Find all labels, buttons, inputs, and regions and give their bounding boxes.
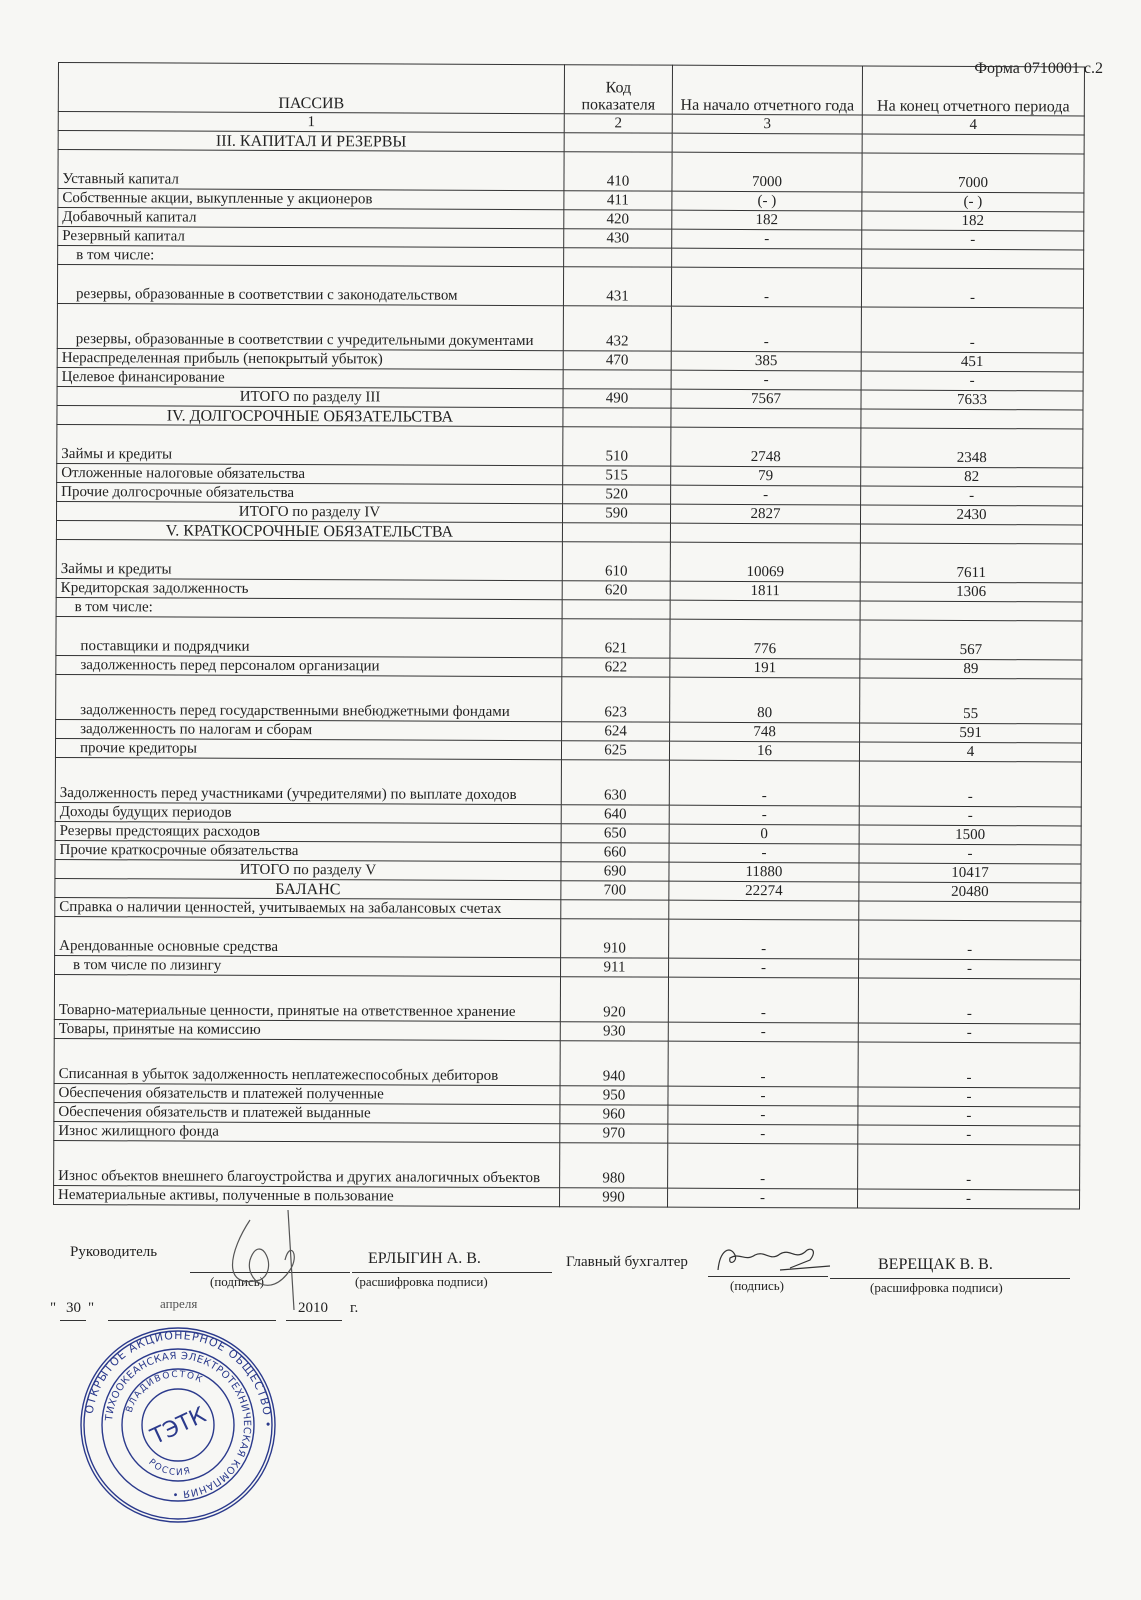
value-start-of-year: - <box>668 1143 858 1189</box>
column-number: 2 <box>564 114 672 133</box>
row-code: 920 <box>560 977 668 1022</box>
value-start-of-year: - <box>668 1086 858 1106</box>
row-label: Обеспечения обязательств и платежей выда… <box>54 1102 560 1123</box>
value-start-of-year <box>672 248 862 268</box>
row-label: в том числе по лизингу <box>55 955 561 976</box>
value-start-of-year: - <box>668 1188 858 1208</box>
row-label: Резервный капитал <box>58 227 564 248</box>
head-signature <box>190 1210 330 1310</box>
company-stamp: ОТКРЫТОЕ АКЦИОНЕРНОЕ ОБЩЕСТВО • ТИХООКЕА… <box>78 1325 278 1525</box>
header-liabilities: ПАССИВ <box>58 63 564 114</box>
row-label: Собственные акции, выкупленные у акционе… <box>58 189 564 210</box>
row-code: 420 <box>564 210 672 229</box>
row-label: Кредиторская задолженность <box>56 578 562 599</box>
row-code: 621 <box>562 619 670 658</box>
section-title: V. КРАТКОСРОЧНЫЕ ОБЯЗАТЕЛЬСТВА <box>56 520 562 541</box>
row-code: 430 <box>564 229 672 248</box>
row-label: Прочие краткосрочные обязательства <box>55 840 561 861</box>
date-quote-close: " <box>88 1300 94 1317</box>
signatures-block: Руководитель (подпись) ЕРЛЫГИН А. В. (ра… <box>70 1240 1070 1300</box>
row-label: Обеспечения обязательств и платежей полу… <box>54 1083 560 1104</box>
row-label: Отложенные налоговые обязательства <box>57 463 563 484</box>
row-label: Уставный капитал <box>58 150 564 191</box>
value-end-of-period: - <box>861 371 1083 391</box>
value-end-of-period: - <box>859 806 1081 826</box>
row-label: Списанная в убыток задолженность неплате… <box>54 1038 560 1085</box>
value-start-of-year: - <box>669 958 859 978</box>
value-start-of-year: 22274 <box>669 881 859 901</box>
accountant-decode-caption: (расшифровка подписи) <box>870 1280 1003 1296</box>
value-start-of-year: 80 <box>670 677 860 723</box>
row-label: резервы, образованные в соответствии с у… <box>57 303 563 350</box>
table-row: Займы и кредиты610100697611 <box>56 539 1082 582</box>
row-label: резервы, образованные в соответствии с з… <box>57 265 563 306</box>
value-end-of-period: - <box>858 1087 1080 1107</box>
row-code: 980 <box>560 1143 668 1188</box>
value-end-of-period: - <box>858 1042 1080 1088</box>
value-start-of-year: 7567 <box>671 389 861 409</box>
value-start-of-year: - <box>668 1022 858 1042</box>
row-label: Задолженность перед участниками (учредит… <box>55 757 561 804</box>
value-end-of-period: - <box>858 978 1080 1024</box>
value-end-of-period: - <box>859 761 1081 807</box>
row-code: 590 <box>562 504 670 523</box>
value-end-of-period <box>860 601 1082 621</box>
value-start-of-year: - <box>671 485 861 505</box>
row-label: Добавочный капитал <box>58 208 564 229</box>
empty-cell <box>561 900 669 919</box>
value-end-of-period: - <box>858 1106 1080 1126</box>
row-code: 950 <box>560 1086 668 1105</box>
row-code: 520 <box>563 485 671 504</box>
column-number: 4 <box>862 115 1084 135</box>
row-label: задолженность перед государственными вне… <box>56 674 562 721</box>
row-code: 410 <box>564 152 672 191</box>
row-code: 622 <box>562 658 670 677</box>
table-row: резервы, образованные в соответствии с з… <box>57 265 1083 308</box>
table-row: Арендованные основные средства910-- <box>55 916 1081 959</box>
value-end-of-period <box>862 249 1084 269</box>
value-end-of-period: - <box>858 1125 1080 1145</box>
row-code: 510 <box>563 427 671 466</box>
row-label: ИТОГО по разделу V <box>55 859 561 880</box>
value-end-of-period: 451 <box>861 352 1083 372</box>
row-code: 960 <box>560 1105 668 1124</box>
value-end-of-period: 7611 <box>860 543 1082 583</box>
row-code: 432 <box>563 306 671 351</box>
value-end-of-period: 182 <box>862 211 1084 231</box>
value-end-of-period: - <box>858 1144 1080 1190</box>
value-end-of-period: 1500 <box>859 825 1081 845</box>
date-year: 2010 <box>298 1300 328 1317</box>
date-month: апреля <box>160 1296 197 1312</box>
value-start-of-year: 2827 <box>670 504 860 524</box>
value-start-of-year: - <box>668 1041 858 1087</box>
row-label: в том числе: <box>56 597 562 618</box>
value-start-of-year: 1811 <box>670 581 860 601</box>
head-name-line <box>352 1272 552 1273</box>
row-label: Доходы будущих периодов <box>55 802 561 823</box>
value-start-of-year: 2748 <box>671 427 861 467</box>
row-label: прочие кредиторы <box>55 738 561 759</box>
row-label: Нематериальные активы, полученные в поль… <box>54 1185 560 1206</box>
value-start-of-year: 748 <box>670 722 860 742</box>
value-end-of-period: - <box>859 959 1081 979</box>
value-end-of-period: - <box>859 844 1081 864</box>
row-label: Износ жилищного фонда <box>54 1121 560 1142</box>
date-day: 30 <box>66 1300 81 1317</box>
value-start-of-year: 79 <box>671 466 861 486</box>
row-code: 650 <box>561 824 669 843</box>
value-end-of-period: - <box>861 486 1083 506</box>
value-start-of-year: 191 <box>670 658 860 678</box>
section-title: III. КАПИТАЛ И РЕЗЕРВЫ <box>58 131 564 152</box>
column-number: 1 <box>58 112 564 133</box>
value-start-of-year: 7000 <box>672 152 862 192</box>
head-name: ЕРЛЫГИН А. В. <box>368 1250 481 1268</box>
header-code: Код показателя <box>564 65 672 114</box>
value-end-of-period: - <box>862 230 1084 250</box>
column-number: 3 <box>672 114 862 134</box>
empty-cell <box>670 523 860 543</box>
row-code: 620 <box>562 581 670 600</box>
row-code: 940 <box>560 1041 668 1086</box>
table-row: Товарно-материальные ценности, принятые … <box>54 974 1080 1023</box>
empty-cell <box>563 408 671 427</box>
row-code: 930 <box>560 1022 668 1041</box>
accountant-signature <box>710 1240 840 1280</box>
value-end-of-period: (- ) <box>862 192 1084 212</box>
row-code: 700 <box>561 881 669 900</box>
accountant-signature-caption: (подпись) <box>730 1278 784 1294</box>
accountant-name-line <box>830 1278 1070 1279</box>
table-row: Задолженность перед участниками (учредит… <box>55 757 1081 806</box>
row-code: 490 <box>563 389 671 408</box>
value-start-of-year: - <box>669 760 859 806</box>
row-code: 910 <box>561 919 669 958</box>
value-end-of-period: 4 <box>859 742 1081 762</box>
value-end-of-period: 1306 <box>860 582 1082 602</box>
row-label: в том числе: <box>58 246 564 267</box>
row-label: Арендованные основные средства <box>55 916 561 957</box>
row-label: Нераспределенная прибыль (непокрытый убы… <box>57 348 563 369</box>
value-start-of-year <box>670 600 860 620</box>
value-end-of-period: 567 <box>860 620 1082 660</box>
empty-cell <box>862 134 1084 154</box>
value-start-of-year: - <box>669 805 859 825</box>
date-quote-open: " <box>50 1300 56 1317</box>
table-row: Износ объектов внешнего благоустройства … <box>54 1140 1080 1189</box>
row-code <box>562 600 670 619</box>
header-end-of-period: На конец отчетного периода <box>862 66 1084 116</box>
head-label: Руководитель <box>70 1244 157 1261</box>
value-start-of-year: - <box>669 919 859 959</box>
row-label: Прочие долгосрочные обязательства <box>57 482 563 503</box>
row-label: Займы и кредиты <box>56 539 562 580</box>
row-code: 690 <box>561 862 669 881</box>
row-label: Резервы предстоящих расходов <box>55 821 561 842</box>
table-row: Уставный капитал41070007000 <box>58 150 1084 193</box>
value-start-of-year: (- ) <box>672 191 862 211</box>
row-label: ИТОГО по разделу IV <box>56 501 562 522</box>
value-start-of-year: 10069 <box>670 542 860 582</box>
row-label: Целевое финансирование <box>57 367 563 388</box>
value-end-of-period: 82 <box>861 467 1083 487</box>
row-code: 624 <box>562 722 670 741</box>
empty-cell <box>669 900 859 920</box>
accountant-name: ВЕРЕЩАК В. В. <box>878 1256 993 1274</box>
accountant-label: Главный бухгалтер <box>566 1254 688 1271</box>
value-start-of-year: - <box>671 306 861 352</box>
date-month-line <box>108 1320 276 1321</box>
value-start-of-year: - <box>668 1105 858 1125</box>
value-end-of-period: 2430 <box>860 505 1082 525</box>
row-code: 470 <box>563 351 671 370</box>
table-row: задолженность перед государственными вне… <box>56 674 1082 723</box>
value-end-of-period: - <box>861 307 1083 353</box>
row-code: 625 <box>561 741 669 760</box>
liabilities-table: ПАССИВ Код показателя На начало отчетног… <box>53 62 1085 1209</box>
value-start-of-year: - <box>669 843 859 863</box>
table-row: Займы и кредиты51027482348 <box>57 424 1083 467</box>
value-end-of-period: 7633 <box>861 390 1083 410</box>
empty-cell <box>562 523 670 542</box>
empty-cell <box>860 524 1082 544</box>
value-start-of-year: 11880 <box>669 862 859 882</box>
value-start-of-year: - <box>668 977 858 1023</box>
header-start-of-year: На начало отчетного года <box>672 65 862 115</box>
row-label: ИТОГО по разделу III <box>57 386 563 407</box>
table-row: поставщики и подрядчики621776567 <box>56 616 1082 659</box>
value-start-of-year: - <box>668 1124 858 1144</box>
value-end-of-period: 591 <box>860 723 1082 743</box>
value-end-of-period: 55 <box>860 678 1082 724</box>
value-end-of-period: - <box>858 1023 1080 1043</box>
head-decode-caption: (расшифровка подписи) <box>355 1274 488 1290</box>
row-label: Займы и кредиты <box>57 424 563 465</box>
date-block: " 30 " апреля 2010 г. <box>50 1300 370 1324</box>
value-start-of-year: - <box>671 370 861 390</box>
row-label: задолженность перед персоналом организац… <box>56 655 562 676</box>
empty-cell <box>564 133 672 152</box>
row-code: 623 <box>562 677 670 722</box>
row-label: Товары, принятые на комиссию <box>54 1019 560 1040</box>
value-end-of-period: 10417 <box>859 863 1081 883</box>
value-end-of-period: 89 <box>860 659 1082 679</box>
value-end-of-period: 20480 <box>859 882 1081 902</box>
section-title: IV. ДОЛГОСРОЧНЫЕ ОБЯЗАТЕЛЬСТВА <box>57 405 563 426</box>
row-code: 911 <box>561 958 669 977</box>
table-body: III. КАПИТАЛ И РЕЗЕРВЫУставный капитал41… <box>54 131 1085 1209</box>
value-start-of-year: 16 <box>669 741 859 761</box>
empty-cell <box>671 408 861 428</box>
value-end-of-period: - <box>859 920 1081 960</box>
value-end-of-period: - <box>861 268 1083 308</box>
row-label: задолженность по налогам и сборам <box>56 719 562 740</box>
value-end-of-period: 2348 <box>861 428 1083 468</box>
value-start-of-year: 776 <box>670 619 860 659</box>
row-code: 640 <box>561 805 669 824</box>
row-code: 660 <box>561 843 669 862</box>
table-row: Списанная в убыток задолженность неплате… <box>54 1038 1080 1087</box>
row-code <box>563 370 671 389</box>
value-end-of-period: 7000 <box>862 153 1084 193</box>
row-code: 411 <box>564 191 672 210</box>
value-start-of-year: - <box>671 267 861 307</box>
value-start-of-year: 385 <box>671 351 861 371</box>
row-code: 515 <box>563 466 671 485</box>
date-year-line <box>286 1320 342 1321</box>
row-code <box>564 248 672 267</box>
value-start-of-year: - <box>672 229 862 249</box>
row-label: БАЛАНС <box>55 878 561 899</box>
row-label: поставщики и подрядчики <box>56 616 562 657</box>
empty-cell <box>861 409 1083 429</box>
date-day-line <box>60 1320 86 1321</box>
value-start-of-year: 0 <box>669 824 859 844</box>
row-code: 970 <box>560 1124 668 1143</box>
row-code: 431 <box>563 267 671 306</box>
row-label: Износ объектов внешнего благоустройства … <box>54 1140 560 1187</box>
value-start-of-year: 182 <box>672 210 862 230</box>
row-label: Товарно-материальные ценности, принятые … <box>54 974 560 1021</box>
date-suffix: г. <box>350 1300 358 1317</box>
row-code: 610 <box>562 542 670 581</box>
table-row: Нематериальные активы, полученные в поль… <box>54 1185 1080 1208</box>
svg-text:ТЭТК: ТЭТК <box>146 1403 210 1451</box>
memo-heading: Справка о наличии ценностей, учитываемых… <box>55 897 561 918</box>
table-row: резервы, образованные в соответствии с у… <box>57 303 1083 352</box>
empty-cell <box>672 133 862 153</box>
empty-cell <box>859 901 1081 921</box>
row-code: 990 <box>560 1188 668 1207</box>
row-code: 630 <box>561 760 669 805</box>
value-end-of-period: - <box>858 1189 1080 1209</box>
